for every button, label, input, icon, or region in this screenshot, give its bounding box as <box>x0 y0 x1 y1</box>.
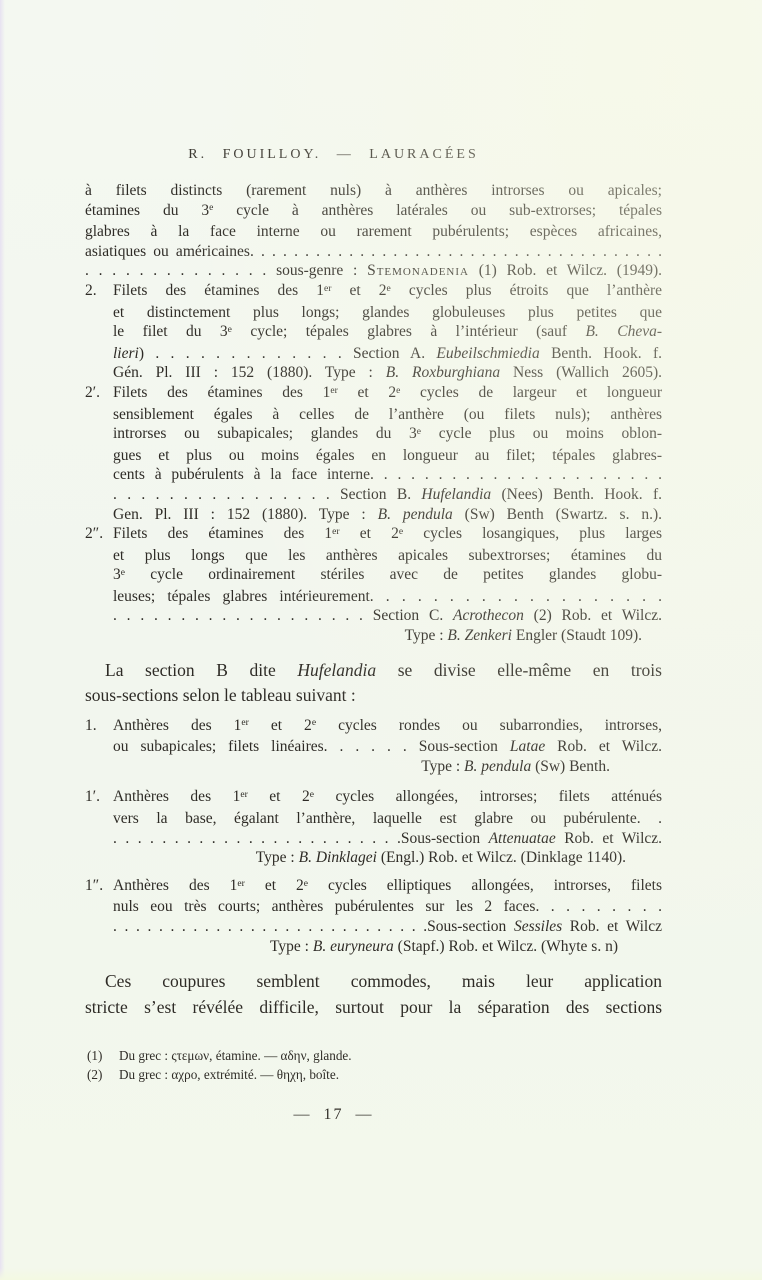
text-segment: Anthères des 1 <box>113 877 237 894</box>
text-segment: Ces coupures semblent commodes, mais leu… <box>105 971 662 991</box>
text-segment: e <box>310 789 314 800</box>
text-segment: Rob. et Wilcz. <box>556 830 662 847</box>
text-line: à filets distincts (rarement nuls) à ant… <box>85 181 662 201</box>
text-segment: se divise elle-même en trois <box>376 660 662 680</box>
text-segment: (Sw) Benth. <box>531 758 610 775</box>
text-segment: B. Zenkeri <box>447 627 512 644</box>
text-segment: Hufelandia <box>297 660 376 680</box>
text-segment: Ness (Wallich 2605). <box>500 364 662 381</box>
text-segment: (1) Rob. et Wilcz. (1949). <box>469 262 662 279</box>
key-item: 2″.Filets des étamines des 1er et 2e cyc… <box>85 524 662 646</box>
text-segment: Stemonadenia <box>367 262 469 279</box>
item-label: 1′. <box>85 787 100 807</box>
text-segment: e <box>209 202 213 213</box>
text-segment: Anthères des 1 <box>113 788 240 805</box>
text-segment: Eubeilschmiedia <box>436 345 539 362</box>
text-segment: cycle ordinairement stériles avec de pet… <box>125 566 662 583</box>
text-segment: Type : <box>256 849 299 866</box>
text-segment: Filets des étamines des 1 <box>113 384 330 401</box>
text-segment: ou subapicales; filets linéaires. . . . … <box>113 738 510 755</box>
text-segment: e <box>228 324 232 335</box>
text-segment: à filets distincts (rarement nuls) à ant… <box>85 182 662 199</box>
text-line: 3e cycle ordinairement stériles avec de … <box>113 565 662 587</box>
text-line: Type : B. Dinklagei (Engl.) Rob. et Wilc… <box>113 848 662 868</box>
text-segment: lieri <box>113 345 139 362</box>
text-segment: B. euryneura <box>313 938 394 955</box>
text-segment: nuls eou très courts; anthères pubérulen… <box>113 898 662 915</box>
text-segment: . . . . . . . . . . . . . . sous-genre : <box>85 262 367 279</box>
text-segment: Anthères des 1 <box>113 717 241 734</box>
running-header: R. FOUILLOY. — LAURACÉES <box>85 147 582 163</box>
text-segment: étamines du 3 <box>85 202 209 219</box>
text-segment: cycle à anthères latérales ou sub-extror… <box>213 202 662 219</box>
text-line: Gen. Pl. III : 152 (1880). Type : B. pen… <box>113 505 662 525</box>
text-segment: er <box>237 878 244 889</box>
text-segment: cycle; tépales glabres à l’intérieur (sa… <box>232 323 586 340</box>
text-segment: (2) Rob. et Wilcz. <box>524 607 662 624</box>
text-line: le filet du 3e cycle; tépales glabres à … <box>113 322 662 344</box>
text-line: ou subapicales; filets linéaires. . . . … <box>113 737 662 757</box>
text-segment: Sous-section <box>427 918 514 935</box>
text-segment: (Sw) Benth (Swartz. s. n.). <box>453 506 662 523</box>
scan-left-edge <box>0 0 5 1280</box>
footnote-label: (2) <box>87 1065 102 1084</box>
footnote-text: Du grec : ςτεμων, étamine. — αδην, gland… <box>119 1048 352 1063</box>
item-label: 2. <box>85 281 97 301</box>
text-segment: cycles plus étroits que l’anthère <box>391 282 662 299</box>
text-segment: Attenuatae <box>489 830 556 847</box>
key-item: 1.Anthères des 1er et 2e cycles rondes o… <box>85 716 662 777</box>
text-segment: B. Roxburghiana <box>386 364 500 381</box>
text-segment: cycles rondes ou subarrondies, introrses… <box>316 717 662 734</box>
text-segment: e <box>399 526 403 537</box>
text-line: Type : B. pendula (Sw) Benth. <box>113 757 662 777</box>
text-line: lieri) . . . . . . . . . . . . . Section… <box>113 344 662 364</box>
text-line: Ces coupures semblent commodes, mais leu… <box>85 969 662 995</box>
text-segment: e <box>312 717 316 728</box>
item-label: 2″. <box>85 524 103 544</box>
text-segment: . . . . . . . . . . . . . . . . Section … <box>113 486 421 503</box>
text-segment: B. pendula <box>464 758 531 775</box>
text-line: Anthères des 1er et 2e cycles rondes ou … <box>113 716 662 738</box>
footnote-text: Du grec : αχρο, extrémité. — θηχη, boîte… <box>119 1067 339 1082</box>
page-number: — 17 — <box>85 1106 582 1124</box>
text-segment: Rob. et Wilcz <box>562 918 662 935</box>
dichotomous-key-body: à filets distincts (rarement nuls) à ant… <box>85 181 662 1020</box>
text-segment: Acrothecon <box>453 607 524 624</box>
text-segment: leuses; tépales glabres intérieurement. … <box>113 588 662 605</box>
footnote: (2) Du grec : αχρο, extrémité. — θηχη, b… <box>85 1065 662 1084</box>
text-line: et plus longs que les anthères apicales … <box>113 546 662 566</box>
text-line: . . . . . . . . . . . . . . . . . . . . … <box>113 829 662 849</box>
text-segment: et 2 <box>338 384 396 401</box>
footnote: (1) Du grec : ςτεμων, étamine. — αδην, g… <box>85 1046 662 1065</box>
text-line: gues et plus ou moins égales en longueur… <box>113 446 662 466</box>
text-segment: Type : <box>405 627 448 644</box>
text-segment: et 2 <box>248 788 310 805</box>
text-segment: Filets des étamines des 1 <box>113 525 332 542</box>
text-segment: B. Cheva- <box>585 323 662 340</box>
text-segment: er <box>241 717 248 728</box>
text-segment: et 2 <box>245 877 304 894</box>
text-segment: . . . . . . . . . . . . . . . . . . . . … <box>113 918 427 935</box>
text-line: glabres à la face interne ou rarement pu… <box>85 222 662 242</box>
text-segment: . . . . . . . . . . . . . . . . . . . Se… <box>113 607 453 624</box>
text-line: Anthères des 1er et 2e cycles allongées,… <box>113 787 662 809</box>
text-segment: cents à pubérulents à la face interne. .… <box>113 466 662 483</box>
text-segment: e <box>304 878 308 889</box>
text-line: étamines du 3e cycle à anthères latérale… <box>85 201 662 223</box>
text-line: . . . . . . . . . . . . . . . . Section … <box>113 485 662 505</box>
text-segment: sous-sections selon le tableau suivant : <box>85 685 356 705</box>
text-segment: er <box>240 789 247 800</box>
text-segment: Rob. et Wilcz. <box>545 738 662 755</box>
text-line: Filets des étamines des 1er et 2e cycles… <box>113 281 662 303</box>
text-line: cents à pubérulents à la face interne. .… <box>113 465 662 485</box>
text-segment: Gen. Pl. III : 152 (1880). Type : <box>113 506 378 523</box>
text-line: Gén. Pl. III : 152 (1880). Type : B. Rox… <box>113 363 662 383</box>
text-segment: (Stapf.) Rob. et Wilcz. (Whyte s. n) <box>394 938 618 955</box>
paragraph: La section B dite Hufelandia se divise e… <box>85 658 662 709</box>
text-segment: 3 <box>113 566 121 583</box>
footnotes: (1) Du grec : ςτεμων, étamine. — αδην, g… <box>85 1046 662 1084</box>
text-segment: Benth. Hook. f. <box>540 345 662 362</box>
text-segment: e <box>417 426 421 437</box>
text-line: et distinctement plus longs; glandes glo… <box>113 303 662 323</box>
text-segment: B. pendula <box>378 506 453 523</box>
text-segment: Engler (Staudt 109). <box>512 627 642 644</box>
text-line: . . . . . . . . . . . . . . . . . . . Se… <box>113 606 662 626</box>
text-segment: cycles allongées, introrses; filets atté… <box>314 788 662 805</box>
scan-bottom-edge <box>0 1268 762 1280</box>
text-segment: et 2 <box>331 282 386 299</box>
text-segment: e <box>396 385 400 396</box>
scanned-book-page: { "page": { "header": "R. FOUILLOY. — LA… <box>0 0 762 1280</box>
text-segment: Sous-section <box>401 830 489 847</box>
text-segment: e <box>121 567 125 578</box>
text-line: asiatiques ou américaines. . . . . . . .… <box>85 242 662 262</box>
text-segment: stricte s’est révélée difficile, surtout… <box>85 997 662 1017</box>
paragraph: Ces coupures semblent commodes, mais leu… <box>85 969 662 1020</box>
text-line: Type : B. euryneura (Stapf.) Rob. et Wil… <box>113 937 662 957</box>
text-segment: glabres à la face interne ou rarement pu… <box>85 223 662 240</box>
text-segment: Hufelandia <box>421 486 491 503</box>
item-label: 2′. <box>85 383 100 403</box>
text-segment: cycles losangiques, plus larges <box>403 525 662 542</box>
text-segment: Filets des étamines des 1 <box>113 282 324 299</box>
text-segment: Latae <box>510 738 545 755</box>
text-segment: cycles de largeur et longueur <box>400 384 662 401</box>
text-line: Anthères des 1er et 2e cycles elliptique… <box>113 876 662 898</box>
text-line: Filets des étamines des 1er et 2e cycles… <box>113 383 662 405</box>
key-item: 2′.Filets des étamines des 1er et 2e cyc… <box>85 383 662 524</box>
continuation-text: à filets distincts (rarement nuls) à ant… <box>85 181 662 281</box>
text-segment: er <box>330 385 337 396</box>
text-line: introrses ou subapicales; glandes du 3e … <box>113 424 662 446</box>
text-segment: Sessiles <box>514 918 562 935</box>
text-segment: gues et plus ou moins égales en longueur… <box>113 447 662 464</box>
text-segment: cycles elliptiques allongées, introrses,… <box>308 877 662 894</box>
text-segment: B. Dinklagei <box>299 849 377 866</box>
text-line: leuses; tépales glabres intérieurement. … <box>113 587 662 607</box>
text-segment: La section B dite <box>105 660 297 680</box>
item-label: 1″. <box>85 876 103 896</box>
text-segment: et distinctement plus longs; glandes glo… <box>113 304 662 321</box>
item-label: 1. <box>85 716 97 736</box>
text-segment: cycle plus ou moins oblon- <box>421 425 662 442</box>
text-segment: et plus longs que les anthères apicales … <box>113 547 662 564</box>
text-segment: introrses ou subapicales; glandes du 3 <box>113 425 417 442</box>
text-segment: Type : <box>270 938 313 955</box>
text-line: . . . . . . . . . . . . . . sous-genre :… <box>85 261 662 281</box>
text-line: sous-sections selon le tableau suivant : <box>85 683 662 709</box>
text-line: Type : B. Zenkeri Engler (Staudt 109). <box>113 626 662 646</box>
text-segment: (Engl.) Rob. et Wilcz. (Dinklage 1140). <box>377 849 626 866</box>
text-segment: e <box>387 283 391 294</box>
text-segment: Type : <box>421 758 464 775</box>
text-segment: sensiblement égales à celles de l’anthèr… <box>113 406 662 423</box>
text-segment: et 2 <box>249 717 312 734</box>
text-segment: et 2 <box>340 525 399 542</box>
text-line: vers la base, égalant l’anthère, laquell… <box>113 809 662 829</box>
text-line: stricte s’est révélée difficile, surtout… <box>85 995 662 1021</box>
text-segment: asiatiques ou américaines. . . . . . . .… <box>85 243 662 260</box>
key-item: 1″.Anthères des 1er et 2e cycles ellipti… <box>85 876 662 956</box>
text-segment: er <box>324 283 331 294</box>
footnote-label: (1) <box>87 1046 102 1065</box>
text-segment: . . . . . . . . . . . . . . . . . . . . … <box>113 830 401 847</box>
key-item: 2.Filets des étamines des 1er et 2e cycl… <box>85 281 662 383</box>
text-segment: (Nees) Benth. Hook. f. <box>491 486 662 503</box>
text-column: R. FOUILLOY. — LAURACÉES à filets distin… <box>85 0 662 1124</box>
text-segment: Gén. Pl. III : 152 (1880). Type : <box>113 364 386 381</box>
text-segment: le filet du 3 <box>113 323 228 340</box>
text-segment: er <box>332 526 339 537</box>
text-line: sensiblement égales à celles de l’anthèr… <box>113 405 662 425</box>
text-line: La section B dite Hufelandia se divise e… <box>85 658 662 684</box>
key-item: 1′.Anthères des 1er et 2e cycles allongé… <box>85 787 662 867</box>
text-segment: vers la base, égalant l’anthère, laquell… <box>113 810 662 827</box>
text-line: . . . . . . . . . . . . . . . . . . . . … <box>113 917 662 937</box>
text-line: nuls eou très courts; anthères pubérulen… <box>113 897 662 917</box>
text-segment: ) . . . . . . . . . . . . . Section A. <box>139 345 437 362</box>
text-line: Filets des étamines des 1er et 2e cycles… <box>113 524 662 546</box>
